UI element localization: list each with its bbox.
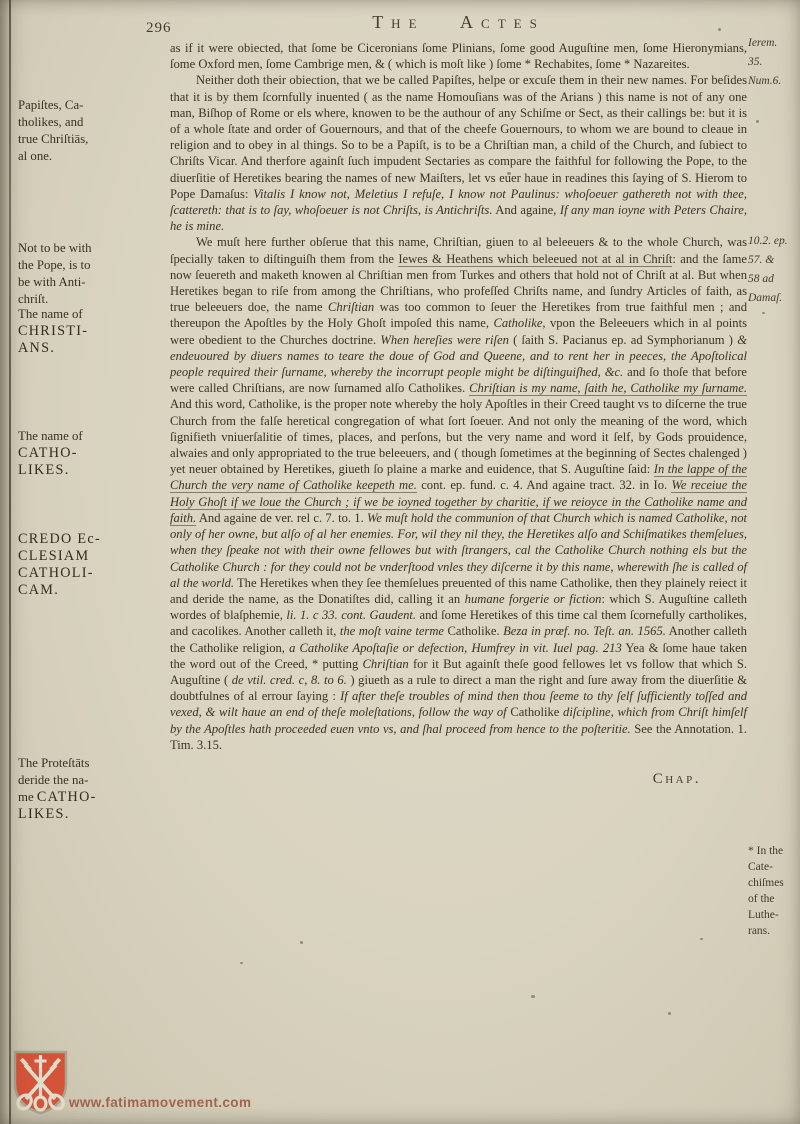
margin-note-lutheran-catechismes: * In theCate-chiſmesof theLuthe-rans. [748,843,798,939]
margin-note-protestants-deride: The Proteſtātsderide the na-me CATHO-LIK… [18,755,168,823]
ink-speck [756,120,759,123]
ink-speck [762,312,765,314]
watermark-crest [13,1050,68,1115]
margin-note-name-of-catholikes: The name ofCATHO-LIKES. [18,428,168,479]
running-header-title: The Actes [170,12,747,33]
ink-speck [507,172,511,175]
body-text: as if it were obiected, that ſome be Cic… [170,40,747,787]
ink-speck [300,941,303,944]
scanned-book-page: 296 The Actes as if it were obiected, th… [0,0,800,1124]
paragraph-papist-name: Neither doth their obiection, that we be… [170,72,747,234]
crossed-keys-shield-icon [13,1050,68,1115]
page-number: 296 [146,20,172,37]
margin-note-credo-ecclesiam: CREDO Ec-CLESIAMCATHOLI-CAM. [18,531,168,599]
ink-speck [718,28,721,31]
page-gutter-edge-line [9,0,11,1124]
ink-speck [240,962,243,964]
margin-note-papists-catholikes-one: Papiſtes, Ca-tholikes, andtrue Chriſtiās… [18,97,168,165]
page-gutter-band [0,0,9,1124]
margin-note-name-of-christians: The name ofCHRISTI-ANS. [18,306,168,357]
paragraph-catholike-name: We muſt here further obſerue that this n… [170,234,747,753]
margin-note-ierem-num: Ierem.35.Num.6. [748,34,798,91]
paragraph-continuation: as if it were obiected, that ſome be Cic… [170,40,747,72]
margin-note-pope-antichrist: Not to be withthe Pope, is tobe with Ant… [18,240,168,308]
watermark-url: www.fatimamovement.com [69,1095,251,1110]
ink-speck [700,938,703,940]
ink-speck [531,995,535,998]
catchword: Chap. [170,771,747,787]
ink-speck [668,1012,671,1015]
margin-note-ep-ad-damasum: 10.2. ep.57. &58 adDamaſ. [748,232,798,308]
